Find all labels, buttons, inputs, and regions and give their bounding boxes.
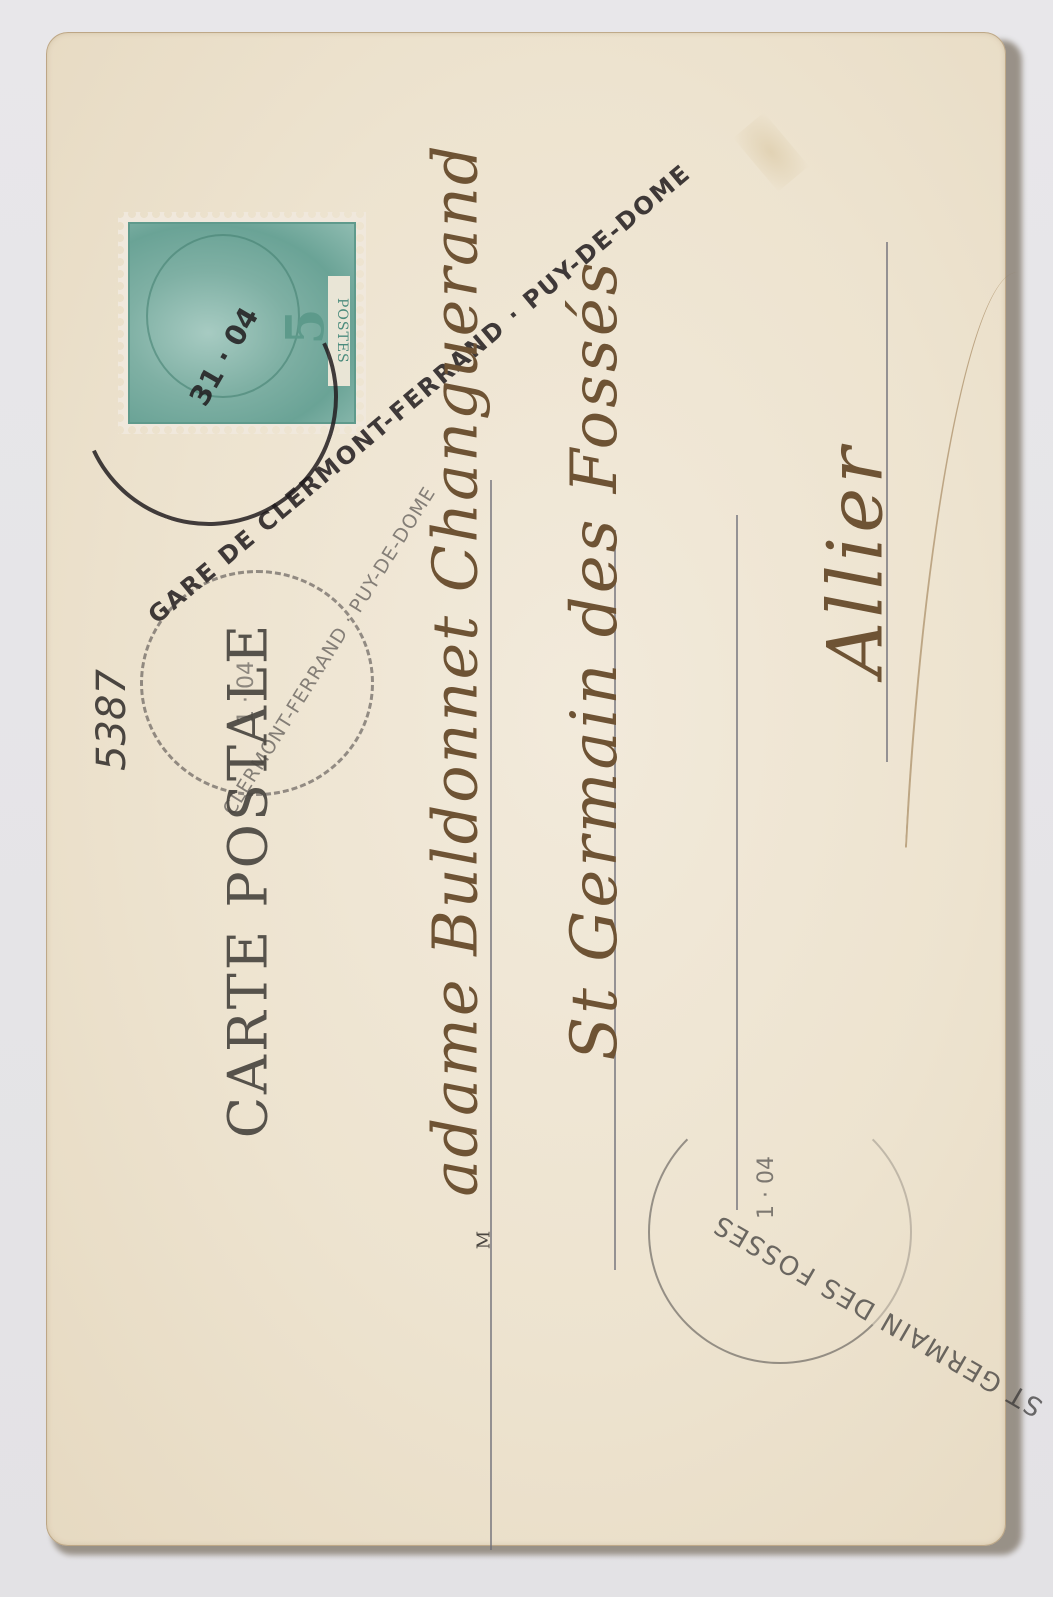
age-stain	[733, 112, 809, 191]
photo-scene: 5 POSTES GARE DE CLERMONT-FERRAND · PUY-…	[0, 0, 1053, 1597]
address-prefix: M	[474, 1231, 495, 1249]
address-rule-3	[736, 515, 738, 1210]
postcard-header: CARTE POSTALE	[217, 622, 280, 1139]
address-line-recipient: adame Buldonnet Changuerand	[419, 143, 492, 1196]
address-line-department: Allier	[811, 443, 900, 676]
address-line-town: St Germain des Fossés	[558, 259, 632, 1060]
postmark-arrival-date: 1 · 04	[754, 1156, 779, 1219]
reference-number: 5387	[89, 669, 135, 771]
